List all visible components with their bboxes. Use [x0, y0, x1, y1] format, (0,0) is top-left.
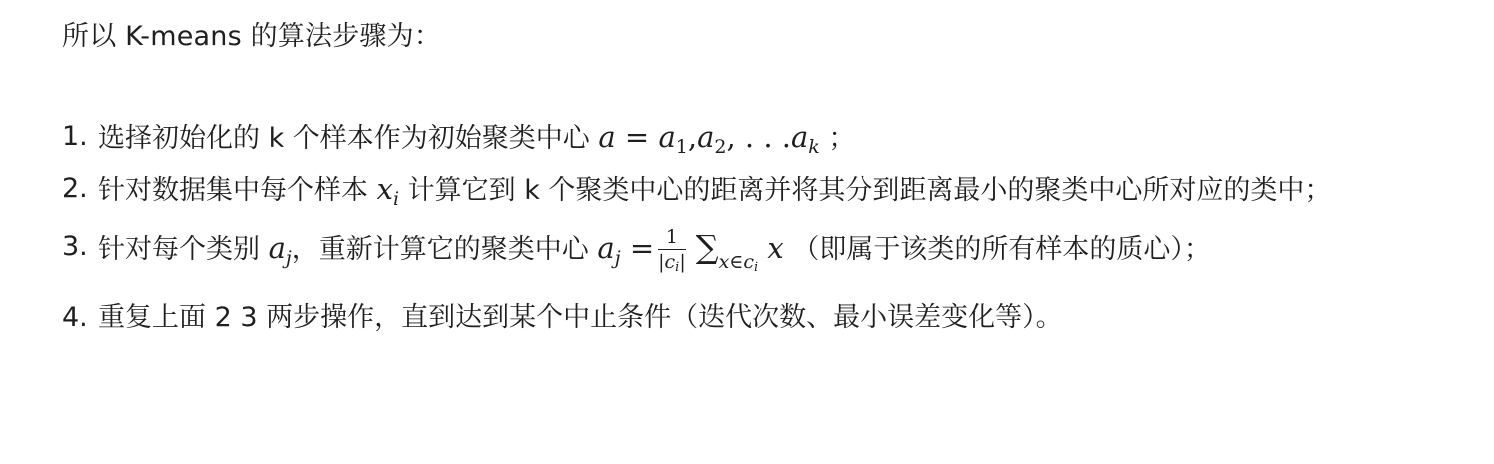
step-number: 3.	[62, 222, 88, 272]
step-1: 1. 选择初始化的 k 个样本作为初始聚类中心 a = a1,a2, . . .…	[62, 112, 1442, 164]
step-2: 2. 针对数据集中每个样本 xi 计算它到 k 个聚类中心的距离并将其分到距离最…	[62, 164, 1442, 216]
math-sample-xi: xi	[377, 172, 399, 206]
step-text-end: （即属于该类的所有样本的质心）；	[792, 234, 1211, 265]
summation-symbol: ∑	[696, 228, 719, 266]
step-3: 3. 针对每个类别 aj，重新计算它的聚类中心 aj =1|ci|∑x∈ci x…	[62, 222, 1442, 287]
document-body: 所以 K-means 的算法步骤为： 1. 选择初始化的 k 个样本作为初始聚类…	[62, 14, 1442, 343]
step-text: 针对数据集中每个样本	[98, 175, 368, 206]
math-centroid-formula: aj =1|ci|∑x∈ci x	[597, 231, 783, 265]
step-text: 针对每个类别	[98, 234, 260, 265]
step-text-end: 计算它到 k 个聚类中心的距离并将其分到距离最小的聚类中心所对应的类中；	[408, 175, 1332, 206]
step-text-end: ；	[828, 123, 855, 154]
step-number: 2.	[62, 164, 88, 214]
fraction: 1|ci|	[658, 228, 686, 272]
step-number: 1.	[62, 112, 88, 162]
step-number: 4.	[62, 293, 88, 343]
math-class-aj: aj	[269, 231, 292, 265]
step-text: 选择初始化的 k 个样本作为初始聚类中心	[98, 123, 590, 154]
step-text: 重复上面 2 3 两步操作，直到达到某个中止条件（迭代次数、最小误差变化等）。	[98, 302, 1063, 333]
step-text-mid: ，重新计算它的聚类中心	[292, 234, 589, 265]
step-4: 4. 重复上面 2 3 两步操作，直到达到某个中止条件（迭代次数、最小误差变化等…	[62, 293, 1442, 343]
math-initial-centers: a = a1,a2, . . .ak	[598, 120, 819, 154]
intro-paragraph: 所以 K-means 的算法步骤为：	[62, 14, 1442, 60]
algorithm-steps-list: 1. 选择初始化的 k 个样本作为初始聚类中心 a = a1,a2, . . .…	[62, 112, 1442, 343]
